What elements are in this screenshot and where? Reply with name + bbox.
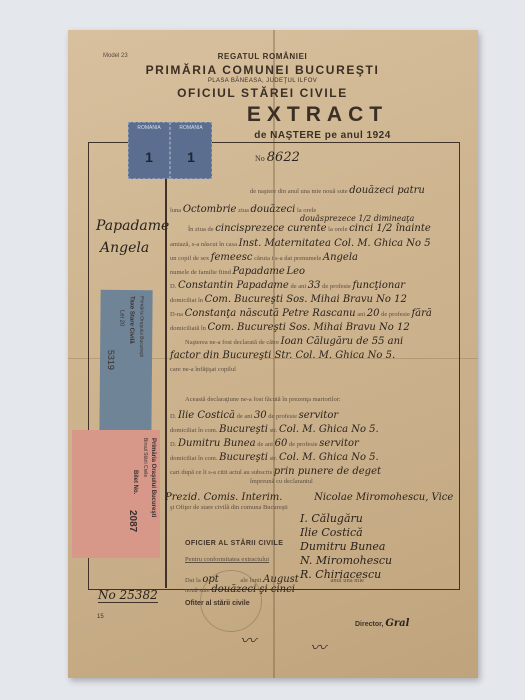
witness-line: Prezid. Comis. Interim. Nicolae Miromohe… [165, 492, 453, 503]
document-title: EXTRACT [0, 103, 525, 127]
signature-declarant: I. Călugăru [300, 512, 363, 525]
body-line: luna Octombrie ziua douăzeci la orele [170, 204, 316, 215]
side-surname: Papadame [96, 218, 169, 234]
director-label: Director, Gral [355, 618, 409, 629]
witness-line: domiciliat în com. Bucureşti str. Col. M… [170, 452, 379, 463]
conformity-label: Pentru conformitatea extractului [185, 556, 269, 563]
officer-label: OFICIER AL STĂRII CIVILE [185, 540, 283, 547]
blue-revenue-stamp: Primăria Oraşului Bucureşti Taxe Stare C… [99, 290, 152, 438]
district-heading: PLASA BĂNEASA, JUDEŢUL ILFOV [0, 78, 525, 84]
body-line: care ne-a înfăţişat copilul [170, 366, 236, 373]
body-line: de naştere din anul una mie nouă sute do… [250, 185, 425, 196]
postage-stamp: ROMANIA 1 [170, 122, 212, 179]
signature-witness-2: Dumitru Bunea [300, 540, 385, 553]
stamp-label: ROMANIA [129, 125, 169, 131]
witness-line: Această declaraţiune ne-a fost făcută în… [185, 396, 341, 403]
side-given-name: Angela [100, 240, 149, 256]
office-heading: OFICIUL STĂREI CIVILE [0, 86, 525, 100]
column-divider [165, 142, 167, 588]
body-line: factor din Bucureşti Str. Col. M. Ghica … [170, 350, 395, 361]
body-line: D-na Constanţa născută Petre Rascanu ani… [170, 308, 432, 319]
stamp-value: 1 [171, 149, 211, 165]
signature-witness-1: Ilie Costică [300, 526, 363, 539]
signature-officer: N. Miromohescu [300, 554, 392, 567]
ofiter-label: Ofiter al stării civile [185, 600, 250, 607]
stamp-label: ROMANIA [171, 125, 211, 131]
body-line: amiază, s-a născut în casa Inst. Materni… [170, 238, 431, 249]
body-line: Naşterea ne-a fost declarată de către Io… [185, 336, 403, 347]
body-line: D. Constantin Papadame de ani 33 de prof… [170, 280, 405, 291]
body-line: numele de familie fiind Papadame Leo [170, 266, 305, 277]
kingdom-heading: REGATUL ROMÂNIEI [0, 52, 525, 61]
body-line: domiciliat în Com. Bucureşti Sos. Mihai … [170, 294, 407, 305]
witness-line: împreună cu declarantul [250, 478, 313, 485]
signature-ofiter: 〰 [240, 628, 256, 651]
witness-line: cari după ce li s-a citit actul au subsc… [170, 466, 381, 477]
body-line: domiciliată în Com. Bucureşti Sos. Mihai… [170, 322, 410, 333]
record-number: No 8622 [255, 150, 300, 165]
witness-line: D. Ilie Costică de ani 30 de profesie se… [170, 410, 338, 421]
number-label: No [255, 154, 265, 163]
stamp-value: 1 [129, 149, 169, 165]
postage-stamp: ROMANIA 1 [128, 122, 170, 179]
municipality-heading: PRIMĂRIA COMUNEI BUCUREŞTI [0, 63, 525, 77]
signature-director: 〰 [310, 635, 326, 658]
witness-line: domiciliat în com. Bucureşti str. Col. M… [170, 424, 379, 435]
witness-line: D. Dumitru Bunea de ani 60 de profesie s… [170, 438, 359, 449]
witness-line: şi Ofiţer de stare civilă din comuna Buc… [170, 504, 288, 511]
body-line: În ziua de cincisprezece curente la orel… [188, 223, 431, 234]
body-line: un copil de sex femeesc căruia i s-a dat… [170, 252, 358, 263]
form-code: 15 [97, 614, 104, 620]
body-line-cont: douăsprezece 1/2 dimineaţa [300, 214, 414, 223]
number-value: 8622 [267, 150, 300, 165]
document-subtitle: de NAŞTERE pe anul 1924 [0, 130, 525, 141]
bottom-number: No 25382 [98, 588, 158, 603]
pink-revenue-stamp: Primăria Oraşului Bucureşti Biroul Stări… [72, 430, 160, 558]
